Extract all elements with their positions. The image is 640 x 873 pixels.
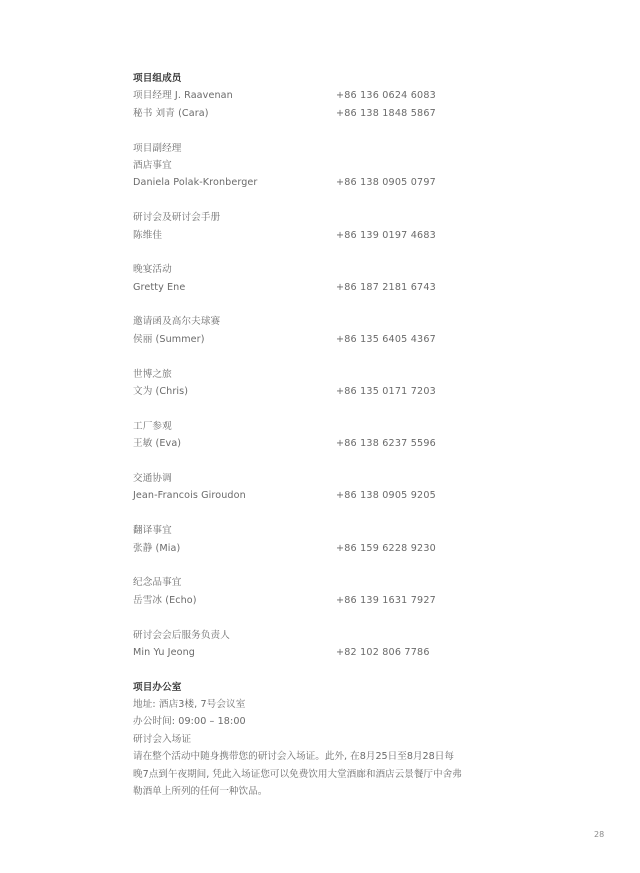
contact-phone: +86 139 0197 4683: [336, 227, 436, 244]
contact-row: Min Yu Jeong +82 102 806 7786: [133, 644, 593, 661]
contact-row: 文为 (Chris) +86 135 0171 7203: [133, 383, 593, 400]
pass-text: 请在整个活动中随身携带您的研讨会入场证。此外, 在8月25日至8月28日每晚7点…: [133, 748, 463, 800]
section-role: 翻译事宜: [133, 522, 593, 539]
section-role: 研讨会会后服务负责人: [133, 627, 593, 644]
contact-row: Gretty Ene +86 187 2181 6743: [133, 279, 593, 296]
section-role: 研讨会及研讨会手册: [133, 209, 593, 226]
contact-phone: +86 138 6237 5596: [336, 435, 436, 452]
contact-name: Jean-Francois Giroudon: [133, 490, 246, 501]
deputy-heading: 项目副经理: [133, 140, 593, 157]
section-role: 邀请函及高尔夫球赛: [133, 313, 593, 330]
member-name: 项目经理 J. Raavenan: [133, 90, 233, 101]
contact-name: Min Yu Jeong: [133, 647, 195, 658]
contact-row: Daniela Polak-Kronberger +86 138 0905 07…: [133, 174, 593, 191]
contact-phone: +86 135 6405 4367: [336, 331, 436, 348]
member-phone: +86 138 1848 5867: [336, 105, 436, 122]
office-heading: 项目办公室: [133, 679, 593, 696]
contact-phone: +86 139 1631 7927: [336, 592, 436, 609]
contact-name: Gretty Ene: [133, 282, 185, 293]
contact-row: 侯丽 (Summer) +86 135 6405 4367: [133, 331, 593, 348]
section-role: 工厂参观: [133, 418, 593, 435]
section-role: 酒店事宜: [133, 157, 593, 174]
contact-name: 岳雪冰 (Echo): [133, 595, 197, 606]
contact-phone: +86 135 0171 7203: [336, 383, 436, 400]
contact-row: 王敏 (Eva) +86 138 6237 5596: [133, 435, 593, 452]
office-hours: 办公时间: 09:00 – 18:00: [133, 713, 593, 730]
section-role: 交通协调: [133, 470, 593, 487]
member-row: 秘书 刘青 (Cara) +86 138 1848 5867: [133, 105, 593, 122]
contact-row: 岳雪冰 (Echo) +86 139 1631 7927: [133, 592, 593, 609]
contact-name: 陈维佳: [133, 230, 162, 241]
contact-name: 侯丽 (Summer): [133, 334, 205, 345]
contact-name: Daniela Polak-Kronberger: [133, 177, 257, 188]
contact-phone: +82 102 806 7786: [336, 644, 430, 661]
page-number: 28: [594, 830, 604, 839]
contact-phone: +86 187 2181 6743: [336, 279, 436, 296]
contact-row: 张静 (Mia) +86 159 6228 9230: [133, 540, 593, 557]
office-address: 地址: 酒店3楼, 7号会议室: [133, 696, 593, 713]
contact-name: 王敏 (Eva): [133, 438, 181, 449]
contact-page: 项目组成员 项目经理 J. Raavenan +86 136 0624 6083…: [133, 70, 593, 800]
pass-heading: 研讨会入场证: [133, 731, 593, 748]
member-phone: +86 136 0624 6083: [336, 87, 436, 104]
member-row: 项目经理 J. Raavenan +86 136 0624 6083: [133, 87, 593, 104]
contact-name: 文为 (Chris): [133, 386, 188, 397]
section-role: 世博之旅: [133, 366, 593, 383]
contact-phone: +86 159 6228 9230: [336, 540, 436, 557]
contact-phone: +86 138 0905 0797: [336, 174, 436, 191]
section-role: 纪念品事宜: [133, 574, 593, 591]
contact-row: 陈维佳 +86 139 0197 4683: [133, 227, 593, 244]
contact-row: Jean-Francois Giroudon +86 138 0905 9205: [133, 487, 593, 504]
member-name: 秘书 刘青 (Cara): [133, 108, 209, 119]
section-role: 晚宴活动: [133, 261, 593, 278]
team-heading: 项目组成员: [133, 70, 593, 87]
contact-name: 张静 (Mia): [133, 543, 180, 554]
contact-phone: +86 138 0905 9205: [336, 487, 436, 504]
